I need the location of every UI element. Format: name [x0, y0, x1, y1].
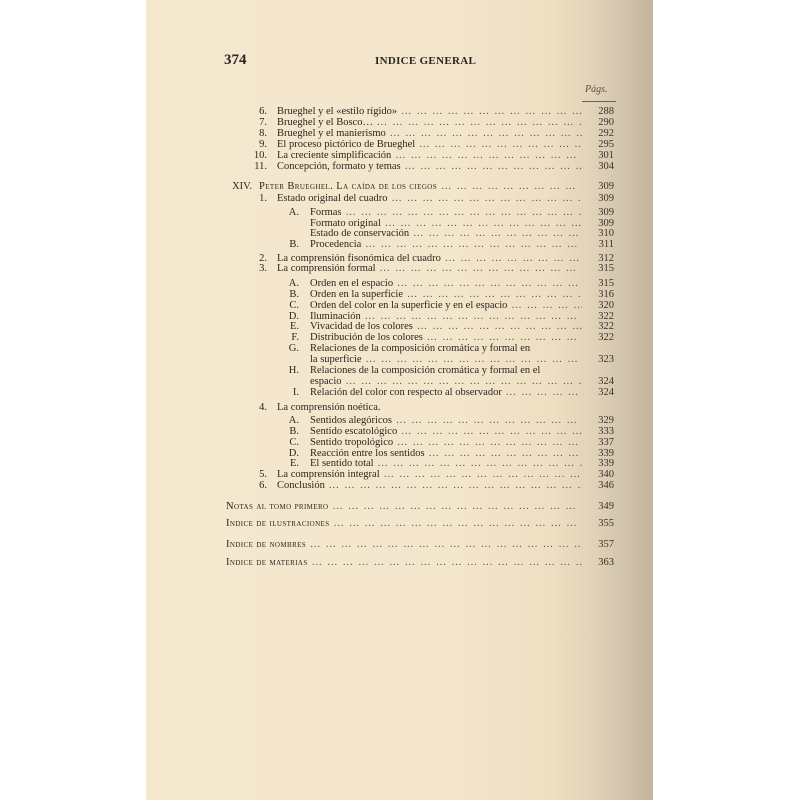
running-title: INDICE GENERAL	[375, 55, 476, 67]
entry-title: La comprensión noética.	[277, 402, 616, 414]
entry-page-number: 324	[586, 387, 614, 399]
leader-dots: … … … … … … … … … … … … … … … … … … … … …	[386, 128, 582, 139]
entry-title: Peter Brueghel. La caída de los ciegos ……	[259, 181, 582, 193]
leader-dots: … … … … … … … … … … … … … … … … … … … … …	[393, 278, 582, 289]
leader-dots: … … … … … … … … … … … … … … … … … … … … …	[507, 300, 582, 311]
toc-entry: 1.Estado original del cuadro … … … … … ……	[146, 193, 626, 205]
entry-number: 11.	[237, 161, 267, 173]
entry-number: 4.	[237, 402, 267, 414]
back-matter-entry: Indice de materias … … … … … … … … … … ……	[146, 557, 626, 569]
entry-number: 1.	[237, 193, 267, 205]
leader-dots: … … … … … … … … … … … … … … … … … … … … …	[308, 557, 582, 568]
entry-title: Conclusión … … … … … … … … … … … … … … ……	[277, 480, 582, 492]
leader-dots: … … … … … … … … … … … … … … … … … … … … …	[397, 106, 582, 117]
back-matter-entry: Notas al tomo primero … … … … … … … … … …	[146, 501, 626, 513]
leader-dots: … … … … … … … … … … … … … … … … … … … … …	[306, 539, 582, 550]
leader-dots: … … … … … … … … … … … … … … … … … … … … …	[325, 480, 582, 491]
leader-dots: … … … … … … … … … … … … … … … … … … … … …	[361, 239, 582, 250]
toc-entry: 4.La comprensión noética.	[146, 402, 626, 414]
leader-dots: … … … … … … … … … … … … … … … … … … … … …	[409, 228, 582, 239]
entry-page-number: 355	[586, 518, 614, 530]
page-number: 374	[224, 52, 247, 69]
entry-page-number: 304	[586, 161, 614, 173]
leader-dots: … … … … … … … … … … … … … … … … … … … … …	[403, 289, 582, 300]
entry-page-number: 309	[586, 193, 614, 205]
entry-title: Indice de materias … … … … … … … … … … ……	[226, 557, 582, 569]
entry-title: Notas al tomo primero … … … … … … … … … …	[226, 501, 582, 513]
leader-dots: … … … … … … … … … … … … … … … … … … … … …	[393, 437, 582, 448]
leader-dots: … … … … … … … … … … … … … … … … … … … … …	[401, 161, 582, 172]
leader-dots: … … … … … … … … … … … … … … … … … … … … …	[437, 181, 582, 192]
entry-number: I.	[269, 387, 299, 399]
leader-dots: … … … … … … … … … … … … … … … … … … … … …	[413, 321, 582, 332]
toc-entry: 6.Conclusión … … … … … … … … … … … … … ……	[146, 480, 626, 492]
leader-dots: … … … … … … … … … … … … … … … … … … … … …	[376, 263, 582, 274]
entry-number: 6.	[237, 480, 267, 492]
entry-title: Indice de nombres … … … … … … … … … … … …	[226, 539, 582, 551]
entry-title: Estado original del cuadro … … … … … … ……	[277, 193, 582, 205]
entry-number: XIV.	[222, 181, 252, 193]
pages-column-label: Págs.	[585, 84, 608, 95]
entry-title: Procedencia … … … … … … … … … … … … … … …	[310, 239, 582, 251]
leader-dots: … … … … … … … … … … … … … … … … … … … … …	[362, 354, 582, 365]
toc-entry: 3.La comprensión formal … … … … … … … … …	[146, 263, 626, 275]
toc-entry: XIV.Peter Brueghel. La caída de los cieg…	[146, 181, 626, 193]
leader-dots: … … … … … … … … … … … … … … … … … … … … …	[388, 193, 582, 204]
entry-page-number: 346	[586, 480, 614, 492]
leader-dots: … … … … … … … … … … … … … … … … … … … … …	[373, 117, 582, 128]
leader-dots: … … … … … … … … … … … … … … … … … … … … …	[502, 387, 582, 398]
leader-dots: … … … … … … … … … … … … … … … … … … … … …	[415, 139, 582, 150]
toc-entry: 11.Concepción, formato y temas … … … … ……	[146, 161, 626, 173]
book-page: 374 INDICE GENERAL Págs. 6.Brueghel y el…	[146, 0, 653, 800]
leader-dots: … … … … … … … … … … … … … … … … … … … … …	[342, 207, 583, 218]
leader-dots: … … … … … … … … … … … … … … … … … … … … …	[391, 150, 582, 161]
entry-page-number: 315	[586, 263, 614, 275]
toc-entry: B.Procedencia … … … … … … … … … … … … … …	[146, 239, 626, 251]
leader-dots: … … … … … … … … … … … … … … … … … … … … …	[392, 415, 582, 426]
entry-title: Indice de ilustraciones … … … … … … … … …	[226, 518, 582, 530]
leader-dots: … … … … … … … … … … … … … … … … … … … … …	[423, 332, 582, 343]
leader-dots: … … … … … … … … … … … … … … … … … … … … …	[330, 518, 583, 529]
pages-column-rule	[582, 101, 616, 102]
entry-number: B.	[269, 239, 299, 251]
leader-dots: … … … … … … … … … … … … … … … … … … … … …	[329, 501, 582, 512]
back-matter-entry: Indice de ilustraciones … … … … … … … … …	[146, 518, 626, 530]
entry-number: 3.	[237, 263, 267, 275]
entry-page-number: 363	[586, 557, 614, 569]
leader-dots: … … … … … … … … … … … … … … … … … … … … …	[374, 458, 582, 469]
entry-page-number: 311	[586, 239, 614, 251]
entry-title: La comprensión formal … … … … … … … … … …	[277, 263, 582, 275]
leader-dots: … … … … … … … … … … … … … … … … … … … … …	[380, 469, 582, 480]
entry-page-number: 357	[586, 539, 614, 551]
entry-title: Relación del color con respecto al obser…	[310, 387, 582, 399]
leader-dots: … … … … … … … … … … … … … … … … … … … … …	[397, 426, 582, 437]
entry-page-number: 349	[586, 501, 614, 513]
entry-title: Concepción, formato y temas … … … … … … …	[277, 161, 582, 173]
entry-page-number: 309	[586, 181, 614, 193]
leader-dots: … … … … … … … … … … … … … … … … … … … … …	[342, 376, 583, 387]
toc-entry: I.Relación del color con respecto al obs…	[146, 387, 626, 399]
back-matter-entry: Indice de nombres … … … … … … … … … … … …	[146, 539, 626, 551]
